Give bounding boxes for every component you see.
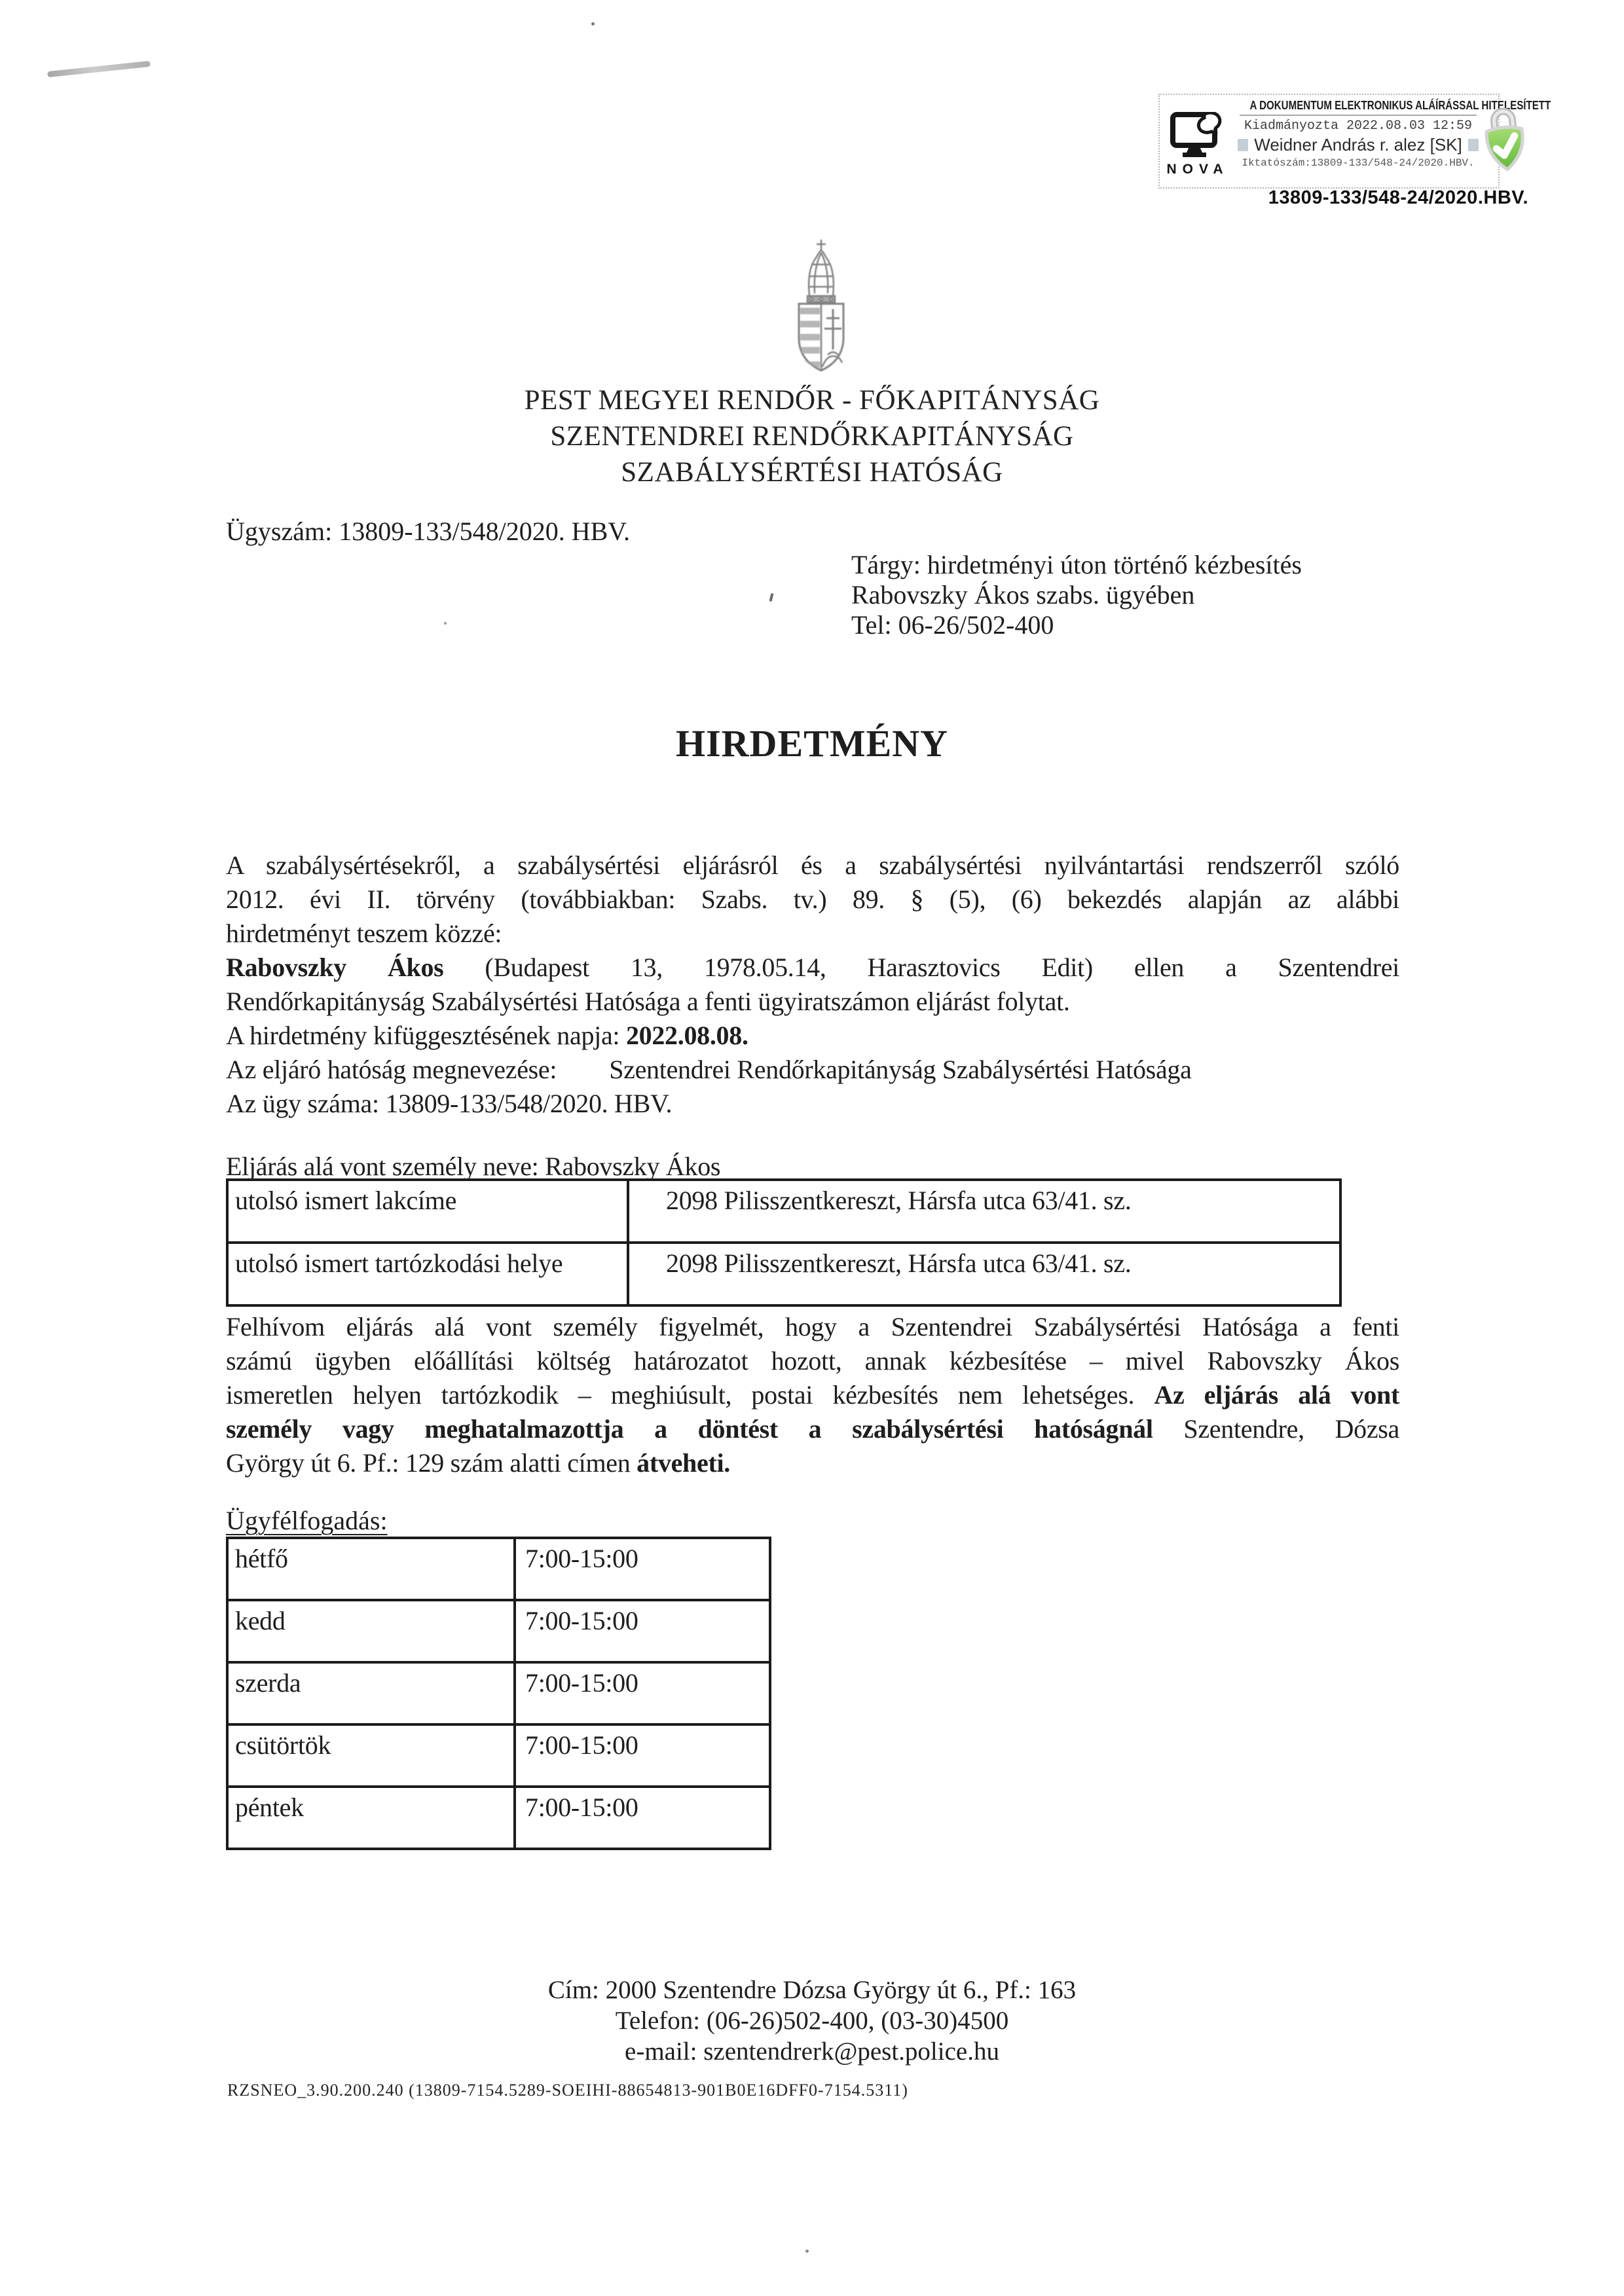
hours-cell: 7:00-15:00	[515, 1724, 770, 1787]
stamp-text-block: A DOKUMENTUM ELEKTRONIKUS ALÁÍRÁSSAL HIT…	[1229, 99, 1487, 169]
table-cell-label: utolsó ismert lakcíme	[227, 1180, 628, 1243]
table-row: utolsó ismert lakcíme 2098 Pilisszentker…	[227, 1180, 1340, 1243]
body-line-text: ismeretlen helyen tartózkodik – meghiúsu…	[226, 1380, 1154, 1410]
body-line-text: (Budapest 13, 1978.05.14, Harasztovics E…	[443, 953, 1399, 982]
subject-line-2: Rabovszky Ákos szabs. ügyében	[851, 580, 1302, 610]
body-line: Rabovszky Ákos (Budapest 13, 1978.05.14,…	[226, 951, 1399, 985]
person-name-bold: Rabovszky Ákos	[226, 953, 443, 982]
body-line: A hirdetmény kifüggesztésének napja: 202…	[226, 1019, 1399, 1053]
body-line: Felhívom eljárás alá vont személy figyel…	[226, 1310, 1399, 1344]
posting-date-bold: 2022.08.08.	[626, 1021, 748, 1050]
body-line: Az ügy száma: 13809-133/548/2020. HBV.	[226, 1087, 1399, 1121]
body-line: személy vagy meghatalmazottja a döntést …	[226, 1412, 1399, 1446]
subject-line-3: Tel: 06-26/502-400	[851, 610, 1302, 640]
electronic-signature-stamp: NOVA A DOKUMENTUM ELEKTRONIKUS ALÁÍRÁSSA…	[1158, 94, 1500, 189]
footer-contact-block: Cím: 2000 Szentendre Dózsa György út 6.,…	[0, 1975, 1624, 2067]
signature-chip-icon	[1238, 139, 1248, 151]
stamp-issued-line: Kiadmányozta 2022.08.03 12:59	[1229, 118, 1487, 134]
system-id-line: RZSNEO_3.90.200.240 (13809-7154.5289-SOE…	[227, 2081, 908, 2100]
table-cell-label: utolsó ismert tartózkodási helye	[227, 1243, 628, 1305]
stamp-certified-line: A DOKUMENTUM ELEKTRONIKUS ALÁÍRÁSSAL HIT…	[1250, 99, 1467, 113]
signer-name: Weidner András r. alez [SK]	[1254, 135, 1462, 155]
office-hours-title: Ügyfélfogadás:	[226, 1505, 388, 1536]
body-line: számú ügyben előállítási költség határoz…	[226, 1344, 1399, 1378]
body-line: Rendőrkapitányság Szabálysértési Hatóság…	[226, 985, 1399, 1019]
office-hours-table: hétfő 7:00-15:00 kedd 7:00-15:00 szerda …	[226, 1537, 771, 1850]
body-line: ismeretlen helyen tartózkodik – meghiúsu…	[226, 1378, 1399, 1412]
body-line: hirdetményt teszem közzé:	[226, 917, 1399, 951]
stamp-registry-line: Iktatószám:13809-133/548-24/2020.HBV.	[1229, 157, 1487, 169]
nova-monitor-dove-icon	[1170, 112, 1225, 160]
person-intro-line: Eljárás alá vont személy neve: Rabovszky…	[226, 1151, 720, 1182]
authority-value: Szentendrei Rendőrkapitányság Szabálysér…	[609, 1055, 1191, 1084]
stamp-signer-line: Weidner András r. alez [SK]	[1229, 135, 1487, 155]
table-row: utolsó ismert tartózkodási helye 2098 Pi…	[227, 1243, 1340, 1305]
scan-speck	[591, 22, 595, 26]
org-line-2: SZENTENDREI RENDŐRKAPITÁNYSÁG	[0, 418, 1624, 454]
body-line: 2012. évi II. törvény (továbbiakban: Sza…	[226, 883, 1399, 917]
hours-cell: 7:00-15:00	[515, 1600, 770, 1662]
hours-cell: 7:00-15:00	[515, 1662, 770, 1724]
footer-address: Cím: 2000 Szentendre Dózsa György út 6.,…	[0, 1975, 1624, 2005]
body-line-text: György út 6. Pf.: 129 szám alatti címen	[226, 1448, 637, 1478]
scan-speck	[769, 593, 773, 602]
nova-logo-text: NOVA	[1161, 162, 1234, 177]
table-row: hétfő 7:00-15:00	[227, 1538, 770, 1600]
day-cell: csütörtök	[227, 1724, 515, 1787]
table-row: szerda 7:00-15:00	[227, 1662, 770, 1724]
day-cell: hétfő	[227, 1538, 515, 1600]
table-row: péntek 7:00-15:00	[227, 1787, 770, 1849]
document-title: HIRDETMÉNY	[0, 721, 1624, 765]
subject-block: Tárgy: hirdetményi úton történő kézbesít…	[851, 550, 1302, 640]
day-cell: szerda	[227, 1662, 515, 1724]
org-line-3: SZABÁLYSÉRTÉSI HATÓSÁG	[0, 454, 1624, 490]
address-table: utolsó ismert lakcíme 2098 Pilisszentker…	[226, 1178, 1342, 1307]
body-bold-text: személy vagy meghatalmazottja a döntést …	[226, 1414, 1153, 1444]
stamp-divider	[1240, 115, 1477, 116]
scan-streak-artifact	[47, 61, 151, 77]
table-cell-value: 2098 Pilisszentkereszt, Hársfa utca 63/4…	[628, 1180, 1340, 1243]
table-row: kedd 7:00-15:00	[227, 1600, 770, 1662]
org-line-1: PEST MEGYEI RENDŐR - FŐKAPITÁNYSÁG	[0, 382, 1624, 418]
body-line-text: A hirdetmény kifüggesztésének napja:	[226, 1021, 626, 1050]
body-bold-text: Az eljárás alá vont	[1154, 1380, 1399, 1410]
hours-cell: 7:00-15:00	[515, 1538, 770, 1600]
scan-speck	[805, 2250, 809, 2253]
body-line: György út 6. Pf.: 129 szám alatti címen …	[226, 1446, 1399, 1480]
lock-shield-check-icon	[1479, 102, 1531, 175]
body-line: A szabálysértésekről, a szabálysértési e…	[226, 848, 1399, 883]
scan-speck	[444, 622, 447, 625]
stamped-case-number: 13809-133/548-24/2020.HBV.	[1268, 187, 1528, 209]
day-cell: péntek	[227, 1787, 515, 1849]
org-header: PEST MEGYEI RENDŐR - FŐKAPITÁNYSÁG SZENT…	[0, 382, 1624, 490]
scanned-document-page: NOVA A DOKUMENTUM ELEKTRONIKUS ALÁÍRÁSSA…	[0, 0, 1624, 2296]
authority-label: Az eljáró hatóság megnevezése:	[226, 1055, 557, 1084]
footer-phone: Telefon: (06-26)502-400, (03-30)4500	[0, 2005, 1624, 2036]
body-paragraph-2: Felhívom eljárás alá vont személy figyel…	[226, 1310, 1399, 1480]
subject-line-1: Tárgy: hirdetményi úton történő kézbesít…	[851, 550, 1302, 580]
body-bold-text: átveheti.	[637, 1448, 730, 1478]
case-number-line: Ügyszám: 13809-133/548/2020. HBV.	[226, 516, 630, 547]
table-row: csütörtök 7:00-15:00	[227, 1724, 770, 1787]
signature-chip-icon	[1468, 139, 1479, 151]
footer-email: e-mail: szentendrerk@pest.police.hu	[0, 2036, 1624, 2067]
body-line: Az eljáró hatóság megnevezése:Szentendre…	[226, 1053, 1399, 1087]
hours-cell: 7:00-15:00	[515, 1787, 770, 1849]
body-line-text: Szentendre, Dózsa	[1153, 1414, 1399, 1444]
hungarian-coat-of-arms	[790, 238, 853, 373]
body-paragraph-1: A szabálysértésekről, a szabálysértési e…	[226, 848, 1399, 1121]
table-cell-value: 2098 Pilisszentkereszt, Hársfa utca 63/4…	[628, 1243, 1340, 1305]
day-cell: kedd	[227, 1600, 515, 1662]
